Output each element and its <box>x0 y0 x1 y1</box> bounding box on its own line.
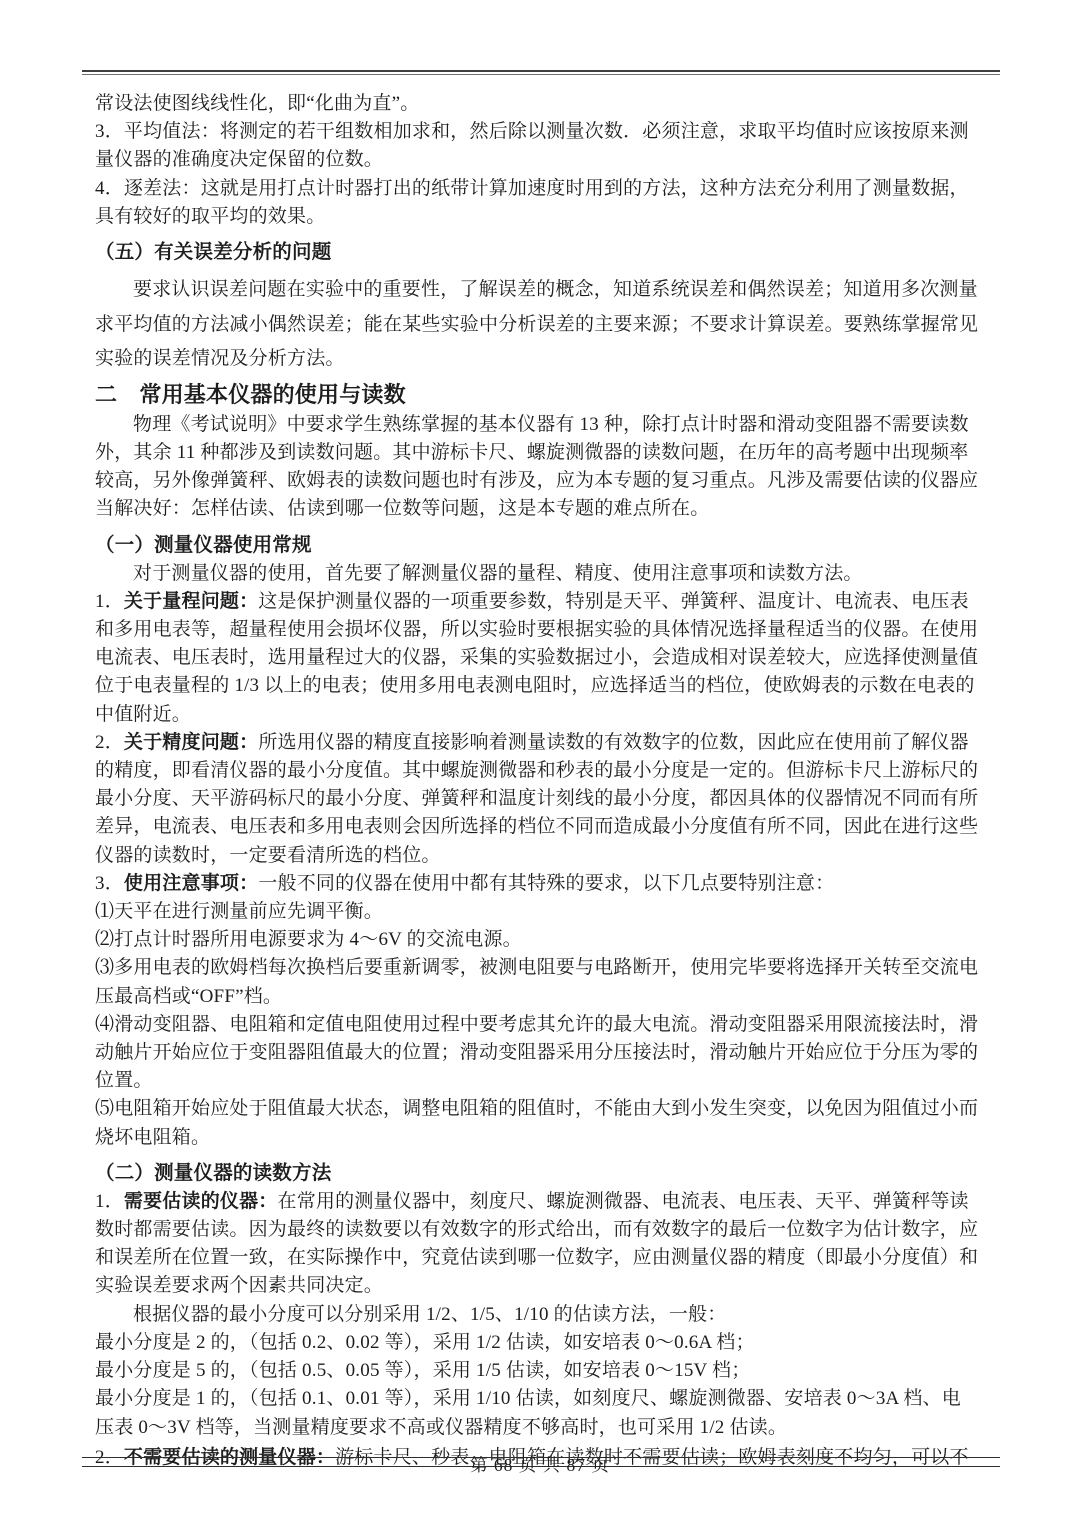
header-rule <box>82 70 1000 75</box>
text-line: 仪器的读数时，一定要看清所选的档位。 <box>95 842 985 870</box>
text-line: 中值附近。 <box>95 701 985 729</box>
text-line: 当解决好：怎样估读、估读到哪一位数等问题，这是本专题的难点所在。 <box>95 495 985 523</box>
text-line: 根据仪器的最小分度可以分别采用 1/2、1/5、1/10 的估读方法，一般： <box>95 1301 985 1329</box>
text-line: 常设法使图线线性化，即“化曲为直”。 <box>95 90 985 118</box>
document-page: 常设法使图线线性化，即“化曲为直”。3．平均值法：将测定的若干组数相加求和，然后… <box>0 0 1080 1527</box>
text-line: 差异，电流表、电压表和多用电表则会因所选择的档位不同而造成最小分度值有所不同，因… <box>95 813 985 841</box>
text-line: 烧坏电阻箱。 <box>95 1124 985 1152</box>
list-item: ⑸电阻箱开始应处于阻值最大状态，调整电阻箱的阻值时，不能由大到小发生突变，以免因… <box>95 1095 985 1123</box>
list-item: 4．逐差法：这就是用打点计时器打出的纸带计算加速度时用到的方法，这种方法充分利用… <box>95 175 985 203</box>
text-line: 具有较好的取平均的效果。 <box>95 203 985 231</box>
text-line: 外，其余 11 种都涉及到读数问题。其中游标卡尺、螺旋测微器的读数问题，在历年的… <box>95 439 985 467</box>
text-line: 要求认识误差问题在实验中的重要性，了解误差的概念，知道系统误差和偶然误差；知道用… <box>95 273 985 308</box>
text-line: 压表 0～3V 档等，当测量精度要求不高或仪器精度不够高时，也可采用 1/2 估… <box>95 1414 985 1442</box>
list-item: ⑷滑动变阻器、电阻箱和定值电阻使用过程中要考虑其允许的最大电流。滑动变阻器采用限… <box>95 1011 985 1039</box>
text-line: 电流表、电压表时，选用量程过大的仪器，采集的实验数据过小，会造成相对误差较大，应… <box>95 644 985 672</box>
text-line: 动触片开始应位于变阻器阻值最大的位置；滑动变阻器采用分压接法时，滑动触片开始应位… <box>95 1039 985 1067</box>
text-line: 位于电表量程的 1/3 以上的电表；使用多用电表测电阻时，应选择适当的档位，使欧… <box>95 672 985 700</box>
list-item: ⑵打点计时器所用电源要求为 4～6V 的交流电源。 <box>95 926 985 954</box>
text-line: 较高，另外像弹簧秤、欧姆表的读数问题也时有涉及，应为本专题的复习重点。凡涉及需要… <box>95 467 985 495</box>
list-item: 3．平均值法：将测定的若干组数相加求和，然后除以测量次数．必须注意，求取平均值时… <box>95 118 985 146</box>
page-number: 第 68 页 共 87 页 <box>0 1452 1080 1478</box>
text-line: 物理《考试说明》中要求学生熟练掌握的基本仪器有 13 种，除打点计时器和滑动变阻… <box>95 411 985 439</box>
text-line: 和多用电表等，超量程使用会损坏仪器，所以实验时要根据实验的具体情况选择量程适当的… <box>95 616 985 644</box>
text-line: 实验误差要求两个因素共同决定。 <box>95 1272 985 1300</box>
text-line: 位置。 <box>95 1067 985 1095</box>
text-line: 求平均值的方法减小偶然误差；能在某些实验中分析误差的主要来源；不要求计算误差。要… <box>95 308 985 343</box>
list-item: 3．使用注意事项：一般不同的仪器在使用中都有其特殊的要求，以下几点要特别注意： <box>95 870 985 898</box>
text-line: 压最高档或“OFF”档。 <box>95 983 985 1011</box>
section-heading-usage-rules: （一）测量仪器使用常规 <box>95 530 985 560</box>
section-heading-error-analysis: （五）有关误差分析的问题 <box>95 237 985 267</box>
text-line: 实验的误差情况及分析方法。 <box>95 342 985 377</box>
text-line: 最小分度、天平游码标尺的最小分度、弹簧秤和温度计刻线的最小分度，都因具体的仪器情… <box>95 785 985 813</box>
main-heading-instruments: 二 常用基本仪器的使用与读数 <box>95 378 985 411</box>
list-item: ⑴天平在进行测量前应先调平衡。 <box>95 898 985 926</box>
list-item: ⑶多用电表的欧姆档每次换档后要重新调零，被测电阻要与电路断开，使用完毕要将选择开… <box>95 954 985 982</box>
text-line: 最小分度是 5 的，（包括 0.5、0.05 等），采用 1/5 估读，如安培表… <box>95 1357 985 1385</box>
list-item: 1．需要估读的仪器：在常用的测量仪器中，刻度尺、螺旋测微器、电流表、电压表、天平… <box>95 1188 985 1216</box>
text-line: 最小分度是 1 的，（包括 0.1、0.01 等），采用 1/10 估读，如刻度… <box>95 1385 985 1413</box>
text-line: 最小分度是 2 的，（包括 0.2、0.02 等），采用 1/2 估读，如安培表… <box>95 1329 985 1357</box>
list-item: 2．关于精度问题：所选用仪器的精度直接影响着测量读数的有效数字的位数，因此应在使… <box>95 729 985 757</box>
text-line: 对于测量仪器的使用，首先要了解测量仪器的量程、精度、使用注意事项和读数方法。 <box>95 560 985 588</box>
text-line: 的精度，即看清仪器的最小分度值。其中螺旋测微器和秒表的最小分度是一定的。但游标卡… <box>95 757 985 785</box>
section-heading-reading-methods: （二）测量仪器的读数方法 <box>95 1158 985 1188</box>
text-line: 和误差所在位置一致，在实际操作中，究竟估读到哪一位数字，应由测量仪器的精度（即最… <box>95 1244 985 1272</box>
document-body: 常设法使图线线性化，即“化曲为直”。3．平均值法：将测定的若干组数相加求和，然后… <box>95 90 985 1470</box>
text-line: 数时都需要估读。因为最终的读数要以有效数字的形式给出，而有效数字的最后一位数字为… <box>95 1216 985 1244</box>
text-line: 量仪器的准确度决定保留的位数。 <box>95 146 985 174</box>
list-item: 1．关于量程问题：这是保护测量仪器的一项重要参数，特别是天平、弹簧秤、温度计、电… <box>95 588 985 616</box>
